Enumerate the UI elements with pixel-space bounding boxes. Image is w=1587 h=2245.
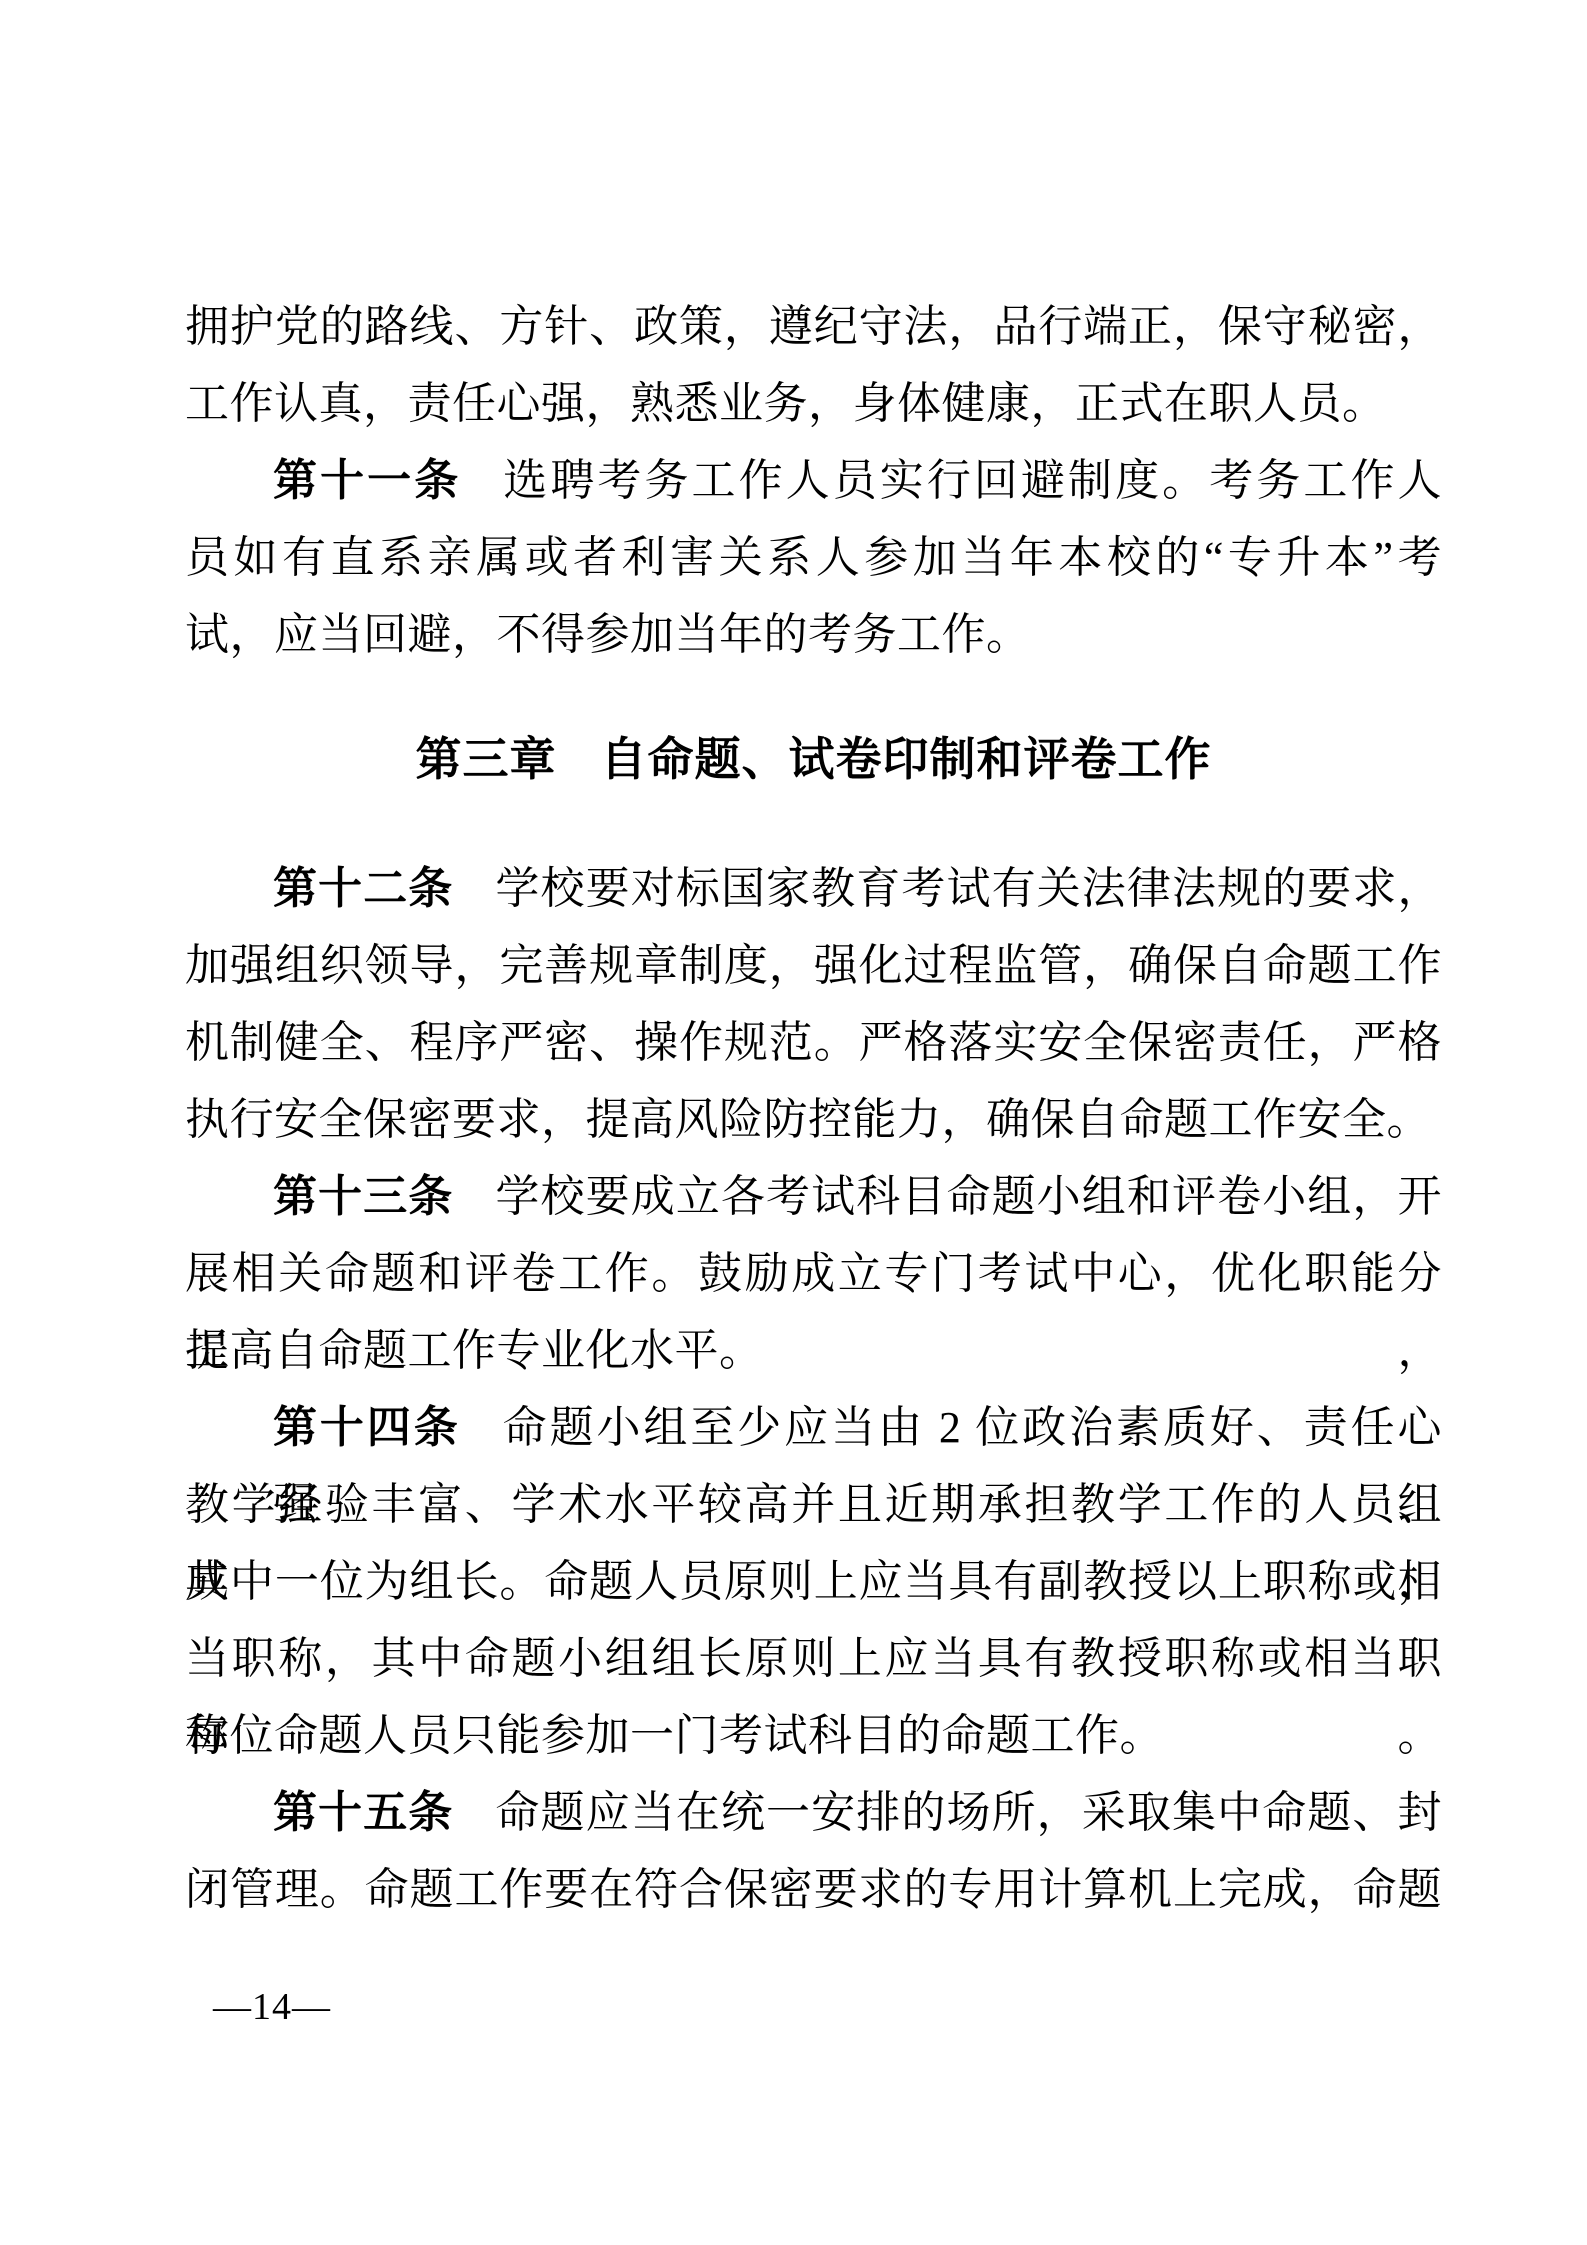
body-line: 执行安全保密要求，提高风险防控能力，确保自命题工作安全。 (185, 1081, 1442, 1158)
body-text: 选聘考务工作人员实行回避制度。考务工作人 (503, 456, 1442, 505)
page-number: —14— (213, 1985, 331, 2029)
body-line: 闭管理。命题工作要在符合保密要求的专用计算机上完成，命题 (185, 1851, 1442, 1928)
body-text: 机制健全、程序严密、操作规范。严格落实安全保密责任，严格 (185, 1018, 1442, 1067)
body-text: 闭管理。命题工作要在符合保密要求的专用计算机上完成，命题 (185, 1865, 1442, 1914)
article-number: 第十四条 (273, 1403, 461, 1452)
article-line-15: 第十五条命题应当在统一安排的场所，采取集中命题、封 (185, 1774, 1442, 1851)
body-line: 展相关命题和评卷工作。鼓励成立专门考试中心，优化职能分工， (185, 1235, 1442, 1312)
article-line-12: 第十二条学校要对标国家教育考试有关法律法规的要求， (185, 850, 1442, 927)
body-text: 试，应当回避，不得参加当年的考务工作。 (185, 610, 1031, 659)
body-line: 拥护党的路线、方针、政策，遵纪守法，品行端正，保守秘密， (185, 288, 1442, 365)
body-text: 工作认真，责任心强，熟悉业务，身体健康，正式在职人员。 (185, 379, 1387, 428)
body-line: 当职称，其中命题小组组长原则上应当具有教授职称或相当职称。 (185, 1620, 1442, 1697)
body-line: 机制健全、程序严密、操作规范。严格落实安全保密责任，严格 (185, 1004, 1442, 1081)
body-line: 加强组织领导，完善规章制度，强化过程监管，确保自命题工作 (185, 927, 1442, 1004)
body-line: 员如有直系亲属或者利害关系人参加当年本校的“专升本”考 (185, 519, 1442, 596)
body-text: 学校要成立各考试科目命题小组和评卷小组，开 (495, 1172, 1442, 1221)
article-number: 第十五条 (273, 1788, 453, 1837)
body-text: 员如有直系亲属或者利害关系人参加当年本校的“专升本”考 (185, 533, 1442, 582)
body-line: 教学经验丰富、学术水平较高并且近期承担教学工作的人员组成， (185, 1466, 1442, 1543)
body-text: 每位命题人员只能参加一门考试科目的命题工作。 (185, 1711, 1164, 1760)
document-page: 拥护党的路线、方针、政策，遵纪守法，品行端正，保守秘密， 工作认真，责任心强，熟… (0, 0, 1587, 2245)
article-line-14: 第十四条命题小组至少应当由 2 位政治素质好、责任心强、 (185, 1389, 1442, 1466)
body-text: 提高自命题工作专业化水平。 (185, 1326, 764, 1375)
document-body: 拥护党的路线、方针、政策，遵纪守法，品行端正，保守秘密， 工作认真，责任心强，熟… (185, 288, 1442, 1928)
chapter-heading: 第三章自命题、试卷印制和评卷工作 (185, 721, 1442, 798)
body-line: 工作认真，责任心强，熟悉业务，身体健康，正式在职人员。 (185, 365, 1442, 442)
body-text: 执行安全保密要求，提高风险防控能力，确保自命题工作安全。 (185, 1095, 1431, 1144)
article-number: 第十一条 (273, 456, 461, 505)
article-line-11: 第十一条选聘考务工作人员实行回避制度。考务工作人 (185, 442, 1442, 519)
body-text: 命题应当在统一安排的场所，采取集中命题、封 (495, 1788, 1442, 1837)
body-text: 加强组织领导，完善规章制度，强化过程监管，确保自命题工作 (185, 941, 1442, 990)
article-number: 第十三条 (273, 1172, 453, 1221)
article-number: 第十二条 (273, 864, 453, 913)
body-line: 其中一位为组长。命题人员原则上应当具有副教授以上职称或相 (185, 1543, 1442, 1620)
body-text: 拥护党的路线、方针、政策，遵纪守法，品行端正，保守秘密， (185, 302, 1442, 351)
body-text: 学校要对标国家教育考试有关法律法规的要求， (495, 864, 1442, 913)
body-text: 其中一位为组长。命题人员原则上应当具有副教授以上职称或相 (185, 1557, 1442, 1606)
article-line-13: 第十三条学校要成立各考试科目命题小组和评卷小组，开 (185, 1158, 1442, 1235)
body-line: 试，应当回避，不得参加当年的考务工作。 (185, 596, 1442, 673)
chapter-number: 第三章 (416, 733, 557, 785)
chapter-title: 自命题、试卷印制和评卷工作 (601, 733, 1212, 785)
